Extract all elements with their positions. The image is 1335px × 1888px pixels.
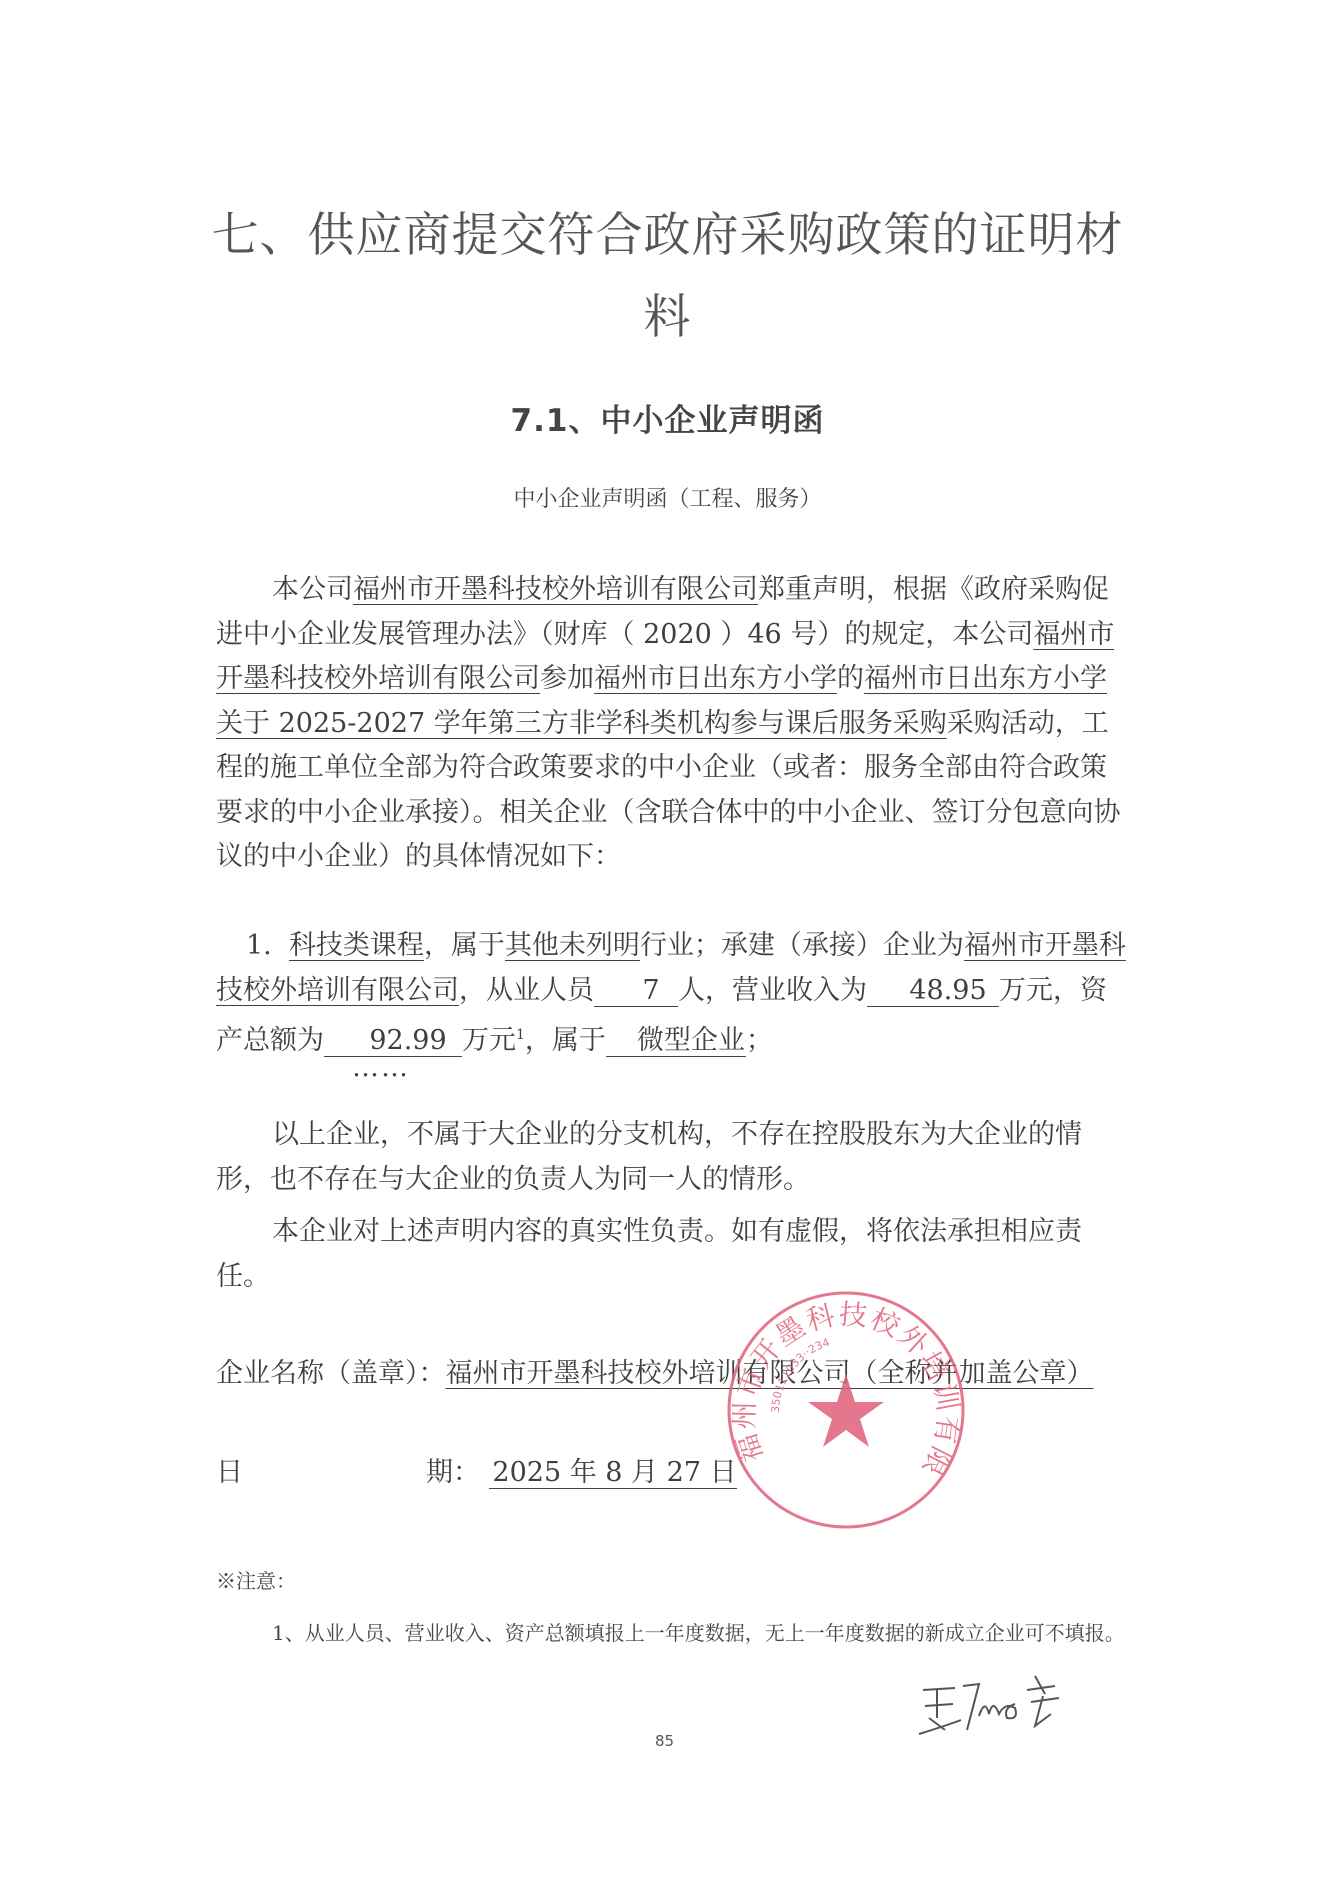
document-page: 七、供应商提交符合政府采购政策的证明材料 7.1、中小企业声明函 中小企业声明函…: [0, 0, 1335, 1888]
industry-field: 其他未列明: [505, 930, 640, 961]
declaration-paragraph: 本公司福州市开墨科技校外培训有限公司郑重声明，根据《政府采购促进中小企业发展管理…: [216, 568, 1126, 880]
section-heading: 7.1、中小企业声明函: [200, 395, 1135, 440]
company-name-field: 福州市开墨科技校外培训有限公司: [353, 574, 758, 605]
page-title: 七、供应商提交符合政府采购政策的证明材料: [200, 195, 1135, 359]
date-value: 2025 年 8 月 27 日: [489, 1458, 737, 1489]
employees-field: 7: [594, 976, 678, 1007]
note-heading: ※注意：: [216, 1565, 296, 1594]
form-title: 中小企业声明函（工程、服务）: [200, 482, 1135, 513]
company-seal-icon: 福州市开墨科技校外培训有限公司 350111033··234: [724, 1288, 968, 1532]
subject-field: 科技类课程: [289, 930, 424, 961]
enterprise-item-1: 1. 科技类课程，属于其他未列明行业；承建（承接）企业为福州市开墨科技校外培训有…: [216, 924, 1126, 1064]
enterprise-type-field: 微型企业: [606, 1026, 746, 1057]
purchaser-field: 福州市日出东方小学: [594, 663, 837, 694]
enterprise-name-value: 福州市开墨科技校外培训有限公司（全称并加盖公章）: [446, 1358, 1094, 1389]
revenue-field: 48.95: [867, 976, 999, 1007]
statement-responsibility: 本企业对上述声明内容的真实性负责。如有虚假，将依法承担相应责任。: [216, 1210, 1126, 1299]
enterprise-name-line: 企业名称（盖章）：福州市开墨科技校外培训有限公司（全称并加盖公章）: [216, 1352, 1126, 1397]
handwritten-signature-icon: [915, 1668, 1085, 1748]
note-item-1: 1、从业人员、营业收入、资产总额填报上一年度数据，无上一年度数据的新成立企业可不…: [216, 1612, 1126, 1654]
statement-branch: 以上企业，不属于大企业的分支机构，不存在控股股东为大企业的情形，也不存在与大企业…: [216, 1113, 1126, 1202]
date-line: 日期： 2025 年 8 月 27 日: [216, 1450, 737, 1489]
page-number: 85: [655, 1732, 674, 1750]
ellipsis: ……: [352, 1052, 410, 1083]
footnote-mark: 1: [516, 1027, 525, 1043]
